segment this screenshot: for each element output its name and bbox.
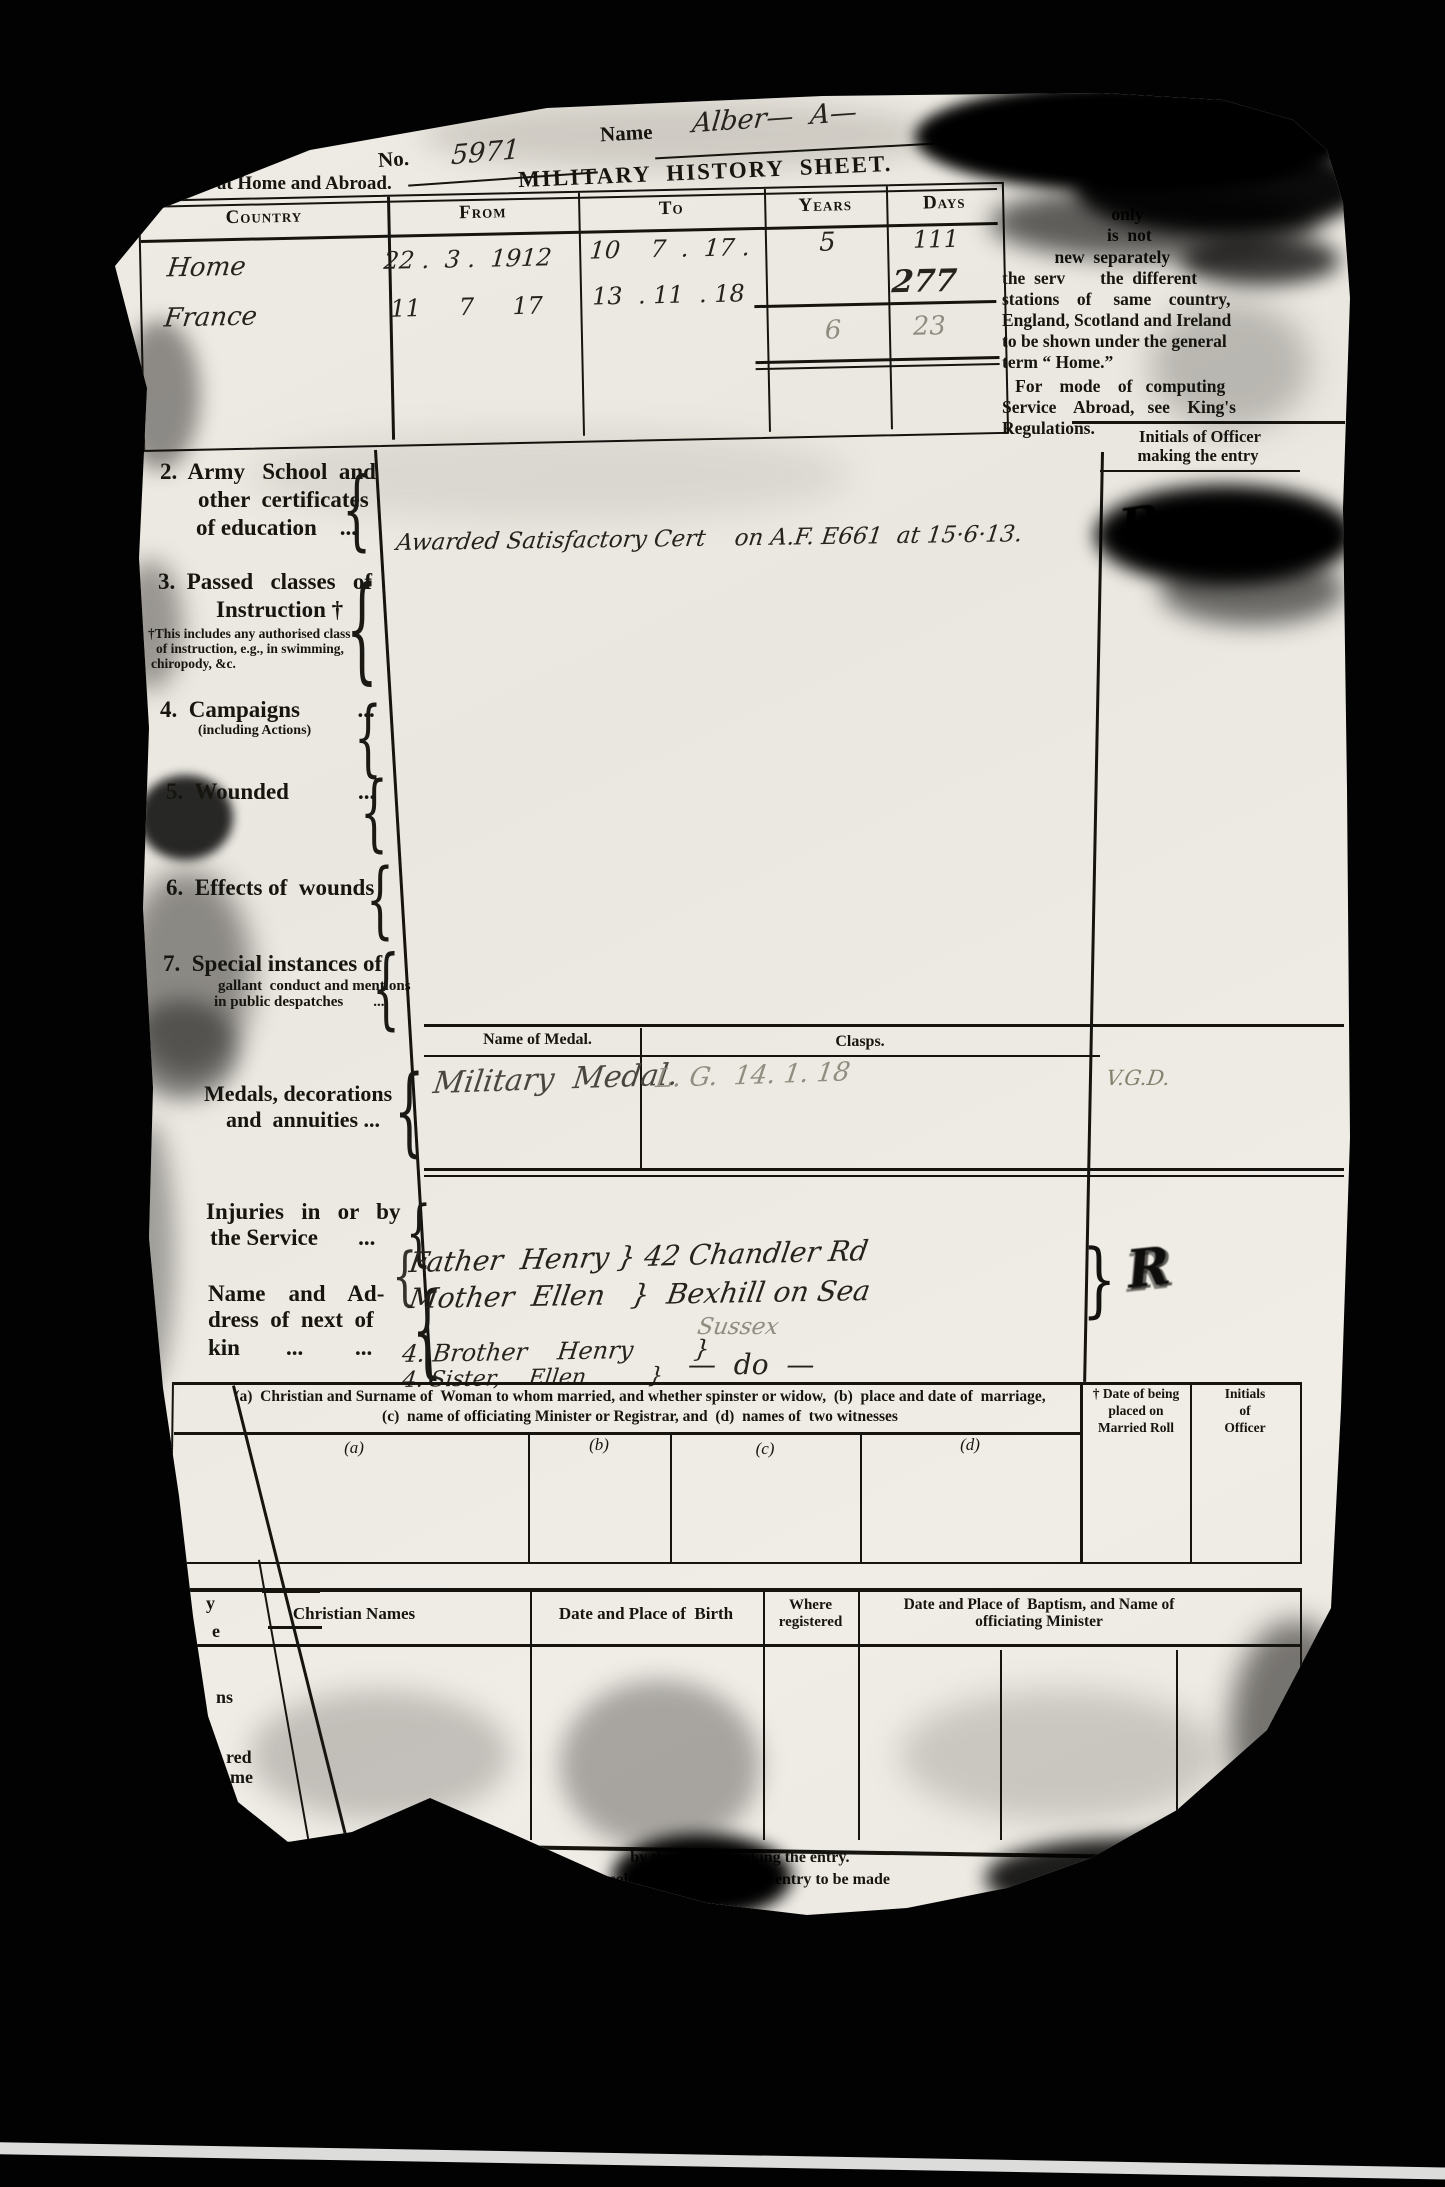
section6-brace: { bbox=[366, 852, 394, 949]
col-header-country: Country bbox=[140, 205, 387, 231]
medal-col-rule bbox=[640, 1028, 642, 1170]
initials-header-2: making the entry bbox=[1093, 447, 1303, 465]
paper-grime bbox=[250, 1690, 510, 1820]
row1-days: 277 bbox=[890, 263, 958, 300]
side-note-line: England, Scotland and Ireland bbox=[1002, 311, 1231, 330]
marriage-right-rule bbox=[1300, 1382, 1302, 1562]
section4-line2: (including Actions) bbox=[198, 723, 311, 738]
children-body-col-rule bbox=[1176, 1650, 1178, 1840]
marriage-top-rule bbox=[174, 1382, 1302, 1385]
marriage-officer-header-3: Officer bbox=[1192, 1421, 1298, 1436]
sum-rule bbox=[756, 363, 1000, 370]
section7-line1: 7. Special instances of bbox=[163, 952, 382, 977]
section3-entry: Awarded Satisfactory Cert on A.F. E661 a… bbox=[395, 521, 1024, 556]
section3-footnote-2: of instruction, e.g., in swimming, bbox=[156, 642, 344, 657]
row0-days: 111 bbox=[913, 225, 959, 254]
no-label: No. bbox=[377, 147, 409, 172]
col-header-to: To bbox=[578, 197, 764, 221]
col-header-days: Days bbox=[886, 192, 1002, 215]
marriage-bottom-rule bbox=[174, 1562, 1302, 1564]
edge-fragment: ns bbox=[216, 1688, 233, 1707]
married-roll-header-2: placed on bbox=[1083, 1404, 1189, 1419]
footnote-line-3: (b) whe bbox=[545, 1892, 593, 1908]
marriage-col-a: (a) bbox=[180, 1439, 528, 1457]
ink-smudge bbox=[612, 1834, 792, 1919]
scanner-artifact-strip bbox=[0, 2142, 1445, 2180]
total-years: 6 bbox=[825, 315, 842, 345]
nok-label-1: Name and Ad- bbox=[208, 1282, 384, 1307]
service-table: Country From To Years Days Home 22 . 3 .… bbox=[138, 182, 1009, 452]
children-col-rule bbox=[530, 1592, 532, 1840]
row1-to: 13 . 11 . 18 bbox=[592, 279, 745, 310]
children-right-rule bbox=[1300, 1588, 1302, 1753]
paper-grime bbox=[1230, 1620, 1360, 1840]
nok-officer-initials-mark: R bbox=[1124, 1235, 1173, 1300]
nok-ditto-mark: — do — bbox=[688, 1348, 814, 1381]
children-col3-header-2: registered bbox=[763, 1614, 858, 1630]
section3-line2: Instruction † bbox=[216, 598, 343, 623]
children-col1-header: Christian Names bbox=[180, 1605, 528, 1623]
edge-fragment: e bbox=[212, 1622, 220, 1641]
initials-header-1: Initials of Officer bbox=[1095, 428, 1305, 446]
row1-from: 11 7 17 bbox=[390, 292, 543, 323]
side-note-line: Service Abroad, see King's bbox=[1002, 398, 1236, 417]
row0-country: Home bbox=[166, 252, 248, 284]
section4-line1: 4. Campaigns ... bbox=[160, 698, 375, 723]
initials-top-rule bbox=[1072, 421, 1345, 424]
marriage-officer-header-2: of bbox=[1192, 1404, 1298, 1419]
marriage-col-d: (d) bbox=[860, 1436, 1080, 1454]
medal-table-top-rule bbox=[424, 1024, 1344, 1027]
side-note-line: stations of same country, bbox=[1002, 290, 1230, 309]
edge-rule-fragment bbox=[262, 1590, 320, 1593]
medal-table-bottom-rule bbox=[424, 1175, 1344, 1177]
medal-name-header: Name of Medal. bbox=[440, 1031, 635, 1048]
row1-country: France bbox=[163, 301, 259, 333]
nok-label-3: kin ... ... bbox=[208, 1336, 372, 1361]
medal-header-underline bbox=[424, 1055, 1100, 1057]
children-col4-header-2: officiating Minister bbox=[858, 1614, 1220, 1631]
nok-line-mother: Mother Ellen } Bexhill on Sea bbox=[407, 1274, 873, 1315]
married-roll-header-1: † Date of being bbox=[1083, 1387, 1189, 1402]
section3-footnote-1: †This includes any authorised class bbox=[148, 627, 351, 642]
medals-label-2: and annuities ... bbox=[226, 1108, 380, 1132]
paper-sheet: No. 5971 Name Alber— A— MILITARY HISTORY… bbox=[0, 0, 1445, 2187]
married-roll-header-3: Married Roll bbox=[1083, 1421, 1189, 1436]
marriage-body-col-rule bbox=[670, 1434, 672, 1562]
marriage-body-col-rule bbox=[860, 1434, 862, 1562]
ink-smudge bbox=[985, 1838, 1265, 1918]
scanned-document-canvas: No. 5971 Name Alber— A— MILITARY HISTORY… bbox=[0, 0, 1445, 2187]
side-note-line: the serv the different bbox=[1002, 269, 1197, 288]
section1-label: 1. Service at Home and Abroad. bbox=[134, 174, 392, 195]
ink-smudge bbox=[1180, 235, 1340, 285]
section3-brace: { bbox=[346, 562, 378, 695]
col-header-from: From bbox=[387, 201, 578, 226]
medal-clasps-value: L. G. 14. 1. 18 bbox=[654, 1057, 852, 1094]
row0-years: 5 bbox=[819, 227, 836, 257]
edge-fragment: me bbox=[230, 1768, 253, 1787]
col-rule bbox=[886, 186, 893, 429]
row0-from: 22 . 3 . 1912 bbox=[383, 243, 553, 275]
section7-line3: in public despatches ... bbox=[214, 994, 384, 1010]
side-note-line: term “ Home.” bbox=[1002, 353, 1113, 372]
children-col2-header: Date and Place of Birth bbox=[530, 1605, 762, 1623]
name-label: Name bbox=[599, 121, 653, 146]
marriage-header-underline bbox=[174, 1432, 1082, 1435]
marriage-body-col-rule bbox=[528, 1434, 530, 1562]
col-rule bbox=[578, 193, 585, 436]
ink-smudge bbox=[1160, 555, 1345, 625]
initials-underline bbox=[1100, 470, 1300, 472]
edge-fragment: red bbox=[226, 1748, 252, 1767]
children-top-rule bbox=[174, 1588, 1302, 1592]
marriage-header-2: (c) name of officiating Minister or Regi… bbox=[250, 1409, 1030, 1426]
nok-officer-brace: } bbox=[1082, 1232, 1116, 1327]
section5-brace: { bbox=[360, 765, 388, 862]
section2-brace: { bbox=[342, 458, 371, 561]
section5-line1: 5. Wounded ... bbox=[166, 780, 375, 805]
medals-label-1: Medals, decorations bbox=[204, 1082, 392, 1106]
ink-smudge bbox=[1120, 1820, 1350, 1920]
children-col-rule bbox=[763, 1592, 765, 1840]
medals-brace: { bbox=[394, 1056, 425, 1168]
nok-line-father: Father Henry } 42 Chandler Rd bbox=[407, 1234, 870, 1279]
section7-brace: { bbox=[372, 938, 400, 1040]
children-col-rule bbox=[858, 1592, 860, 1840]
medal-name-value: Military Medal. bbox=[431, 1057, 680, 1101]
sum-rule bbox=[754, 300, 996, 308]
col-rule bbox=[764, 189, 771, 432]
marriage-left-rule bbox=[166, 1382, 174, 1842]
marriage-officer-header-1: Initials bbox=[1192, 1387, 1298, 1402]
no-value: 5971 bbox=[450, 134, 520, 171]
paper-grime bbox=[900, 1690, 1220, 1820]
paper-grime bbox=[120, 1120, 175, 1390]
medal-clasps-header: Clasps. bbox=[700, 1033, 1020, 1050]
section3-footnote-3: chiropody, &c. bbox=[151, 657, 236, 672]
total-days: 23 bbox=[913, 311, 947, 342]
children-body-col-rule bbox=[1000, 1650, 1002, 1840]
nok-label-2: dress of next of bbox=[208, 1308, 374, 1333]
injuries-label-1: Injuries in or by bbox=[206, 1200, 400, 1225]
section3-line1: 3. Passed classes of bbox=[158, 570, 372, 595]
ink-smudge bbox=[430, 1886, 550, 1931]
children-header-underline bbox=[174, 1644, 1302, 1647]
medal-officer-initials: V.G.D. bbox=[1105, 1066, 1172, 1090]
marriage-header-1: (a) Christian and Surname of Woman to wh… bbox=[200, 1389, 1080, 1406]
row0-to: 10 7 . 17 . bbox=[589, 233, 752, 264]
marriage-col-c: (c) bbox=[670, 1440, 860, 1458]
edge-rule-fragment bbox=[268, 1626, 322, 1629]
children-col3-header-1: Where bbox=[763, 1597, 858, 1613]
medal-table-bottom-rule bbox=[424, 1168, 1344, 1171]
paper-grime bbox=[560, 1680, 760, 1850]
section6-line1: 6. Effects of wounds bbox=[166, 876, 374, 901]
side-note-line: For mode of computing bbox=[1002, 377, 1225, 396]
section2-line3: of education ... bbox=[196, 516, 357, 541]
side-note-line: to be shown under the general bbox=[1002, 332, 1227, 351]
edge-fragment: y bbox=[206, 1594, 215, 1613]
marriage-col-b: (b) bbox=[528, 1436, 670, 1454]
injuries-label-2: the Service ... bbox=[210, 1226, 375, 1251]
col-header-years: Years bbox=[764, 194, 886, 217]
children-col4-header-1: Date and Place of Baptism, and Name of bbox=[858, 1597, 1220, 1614]
